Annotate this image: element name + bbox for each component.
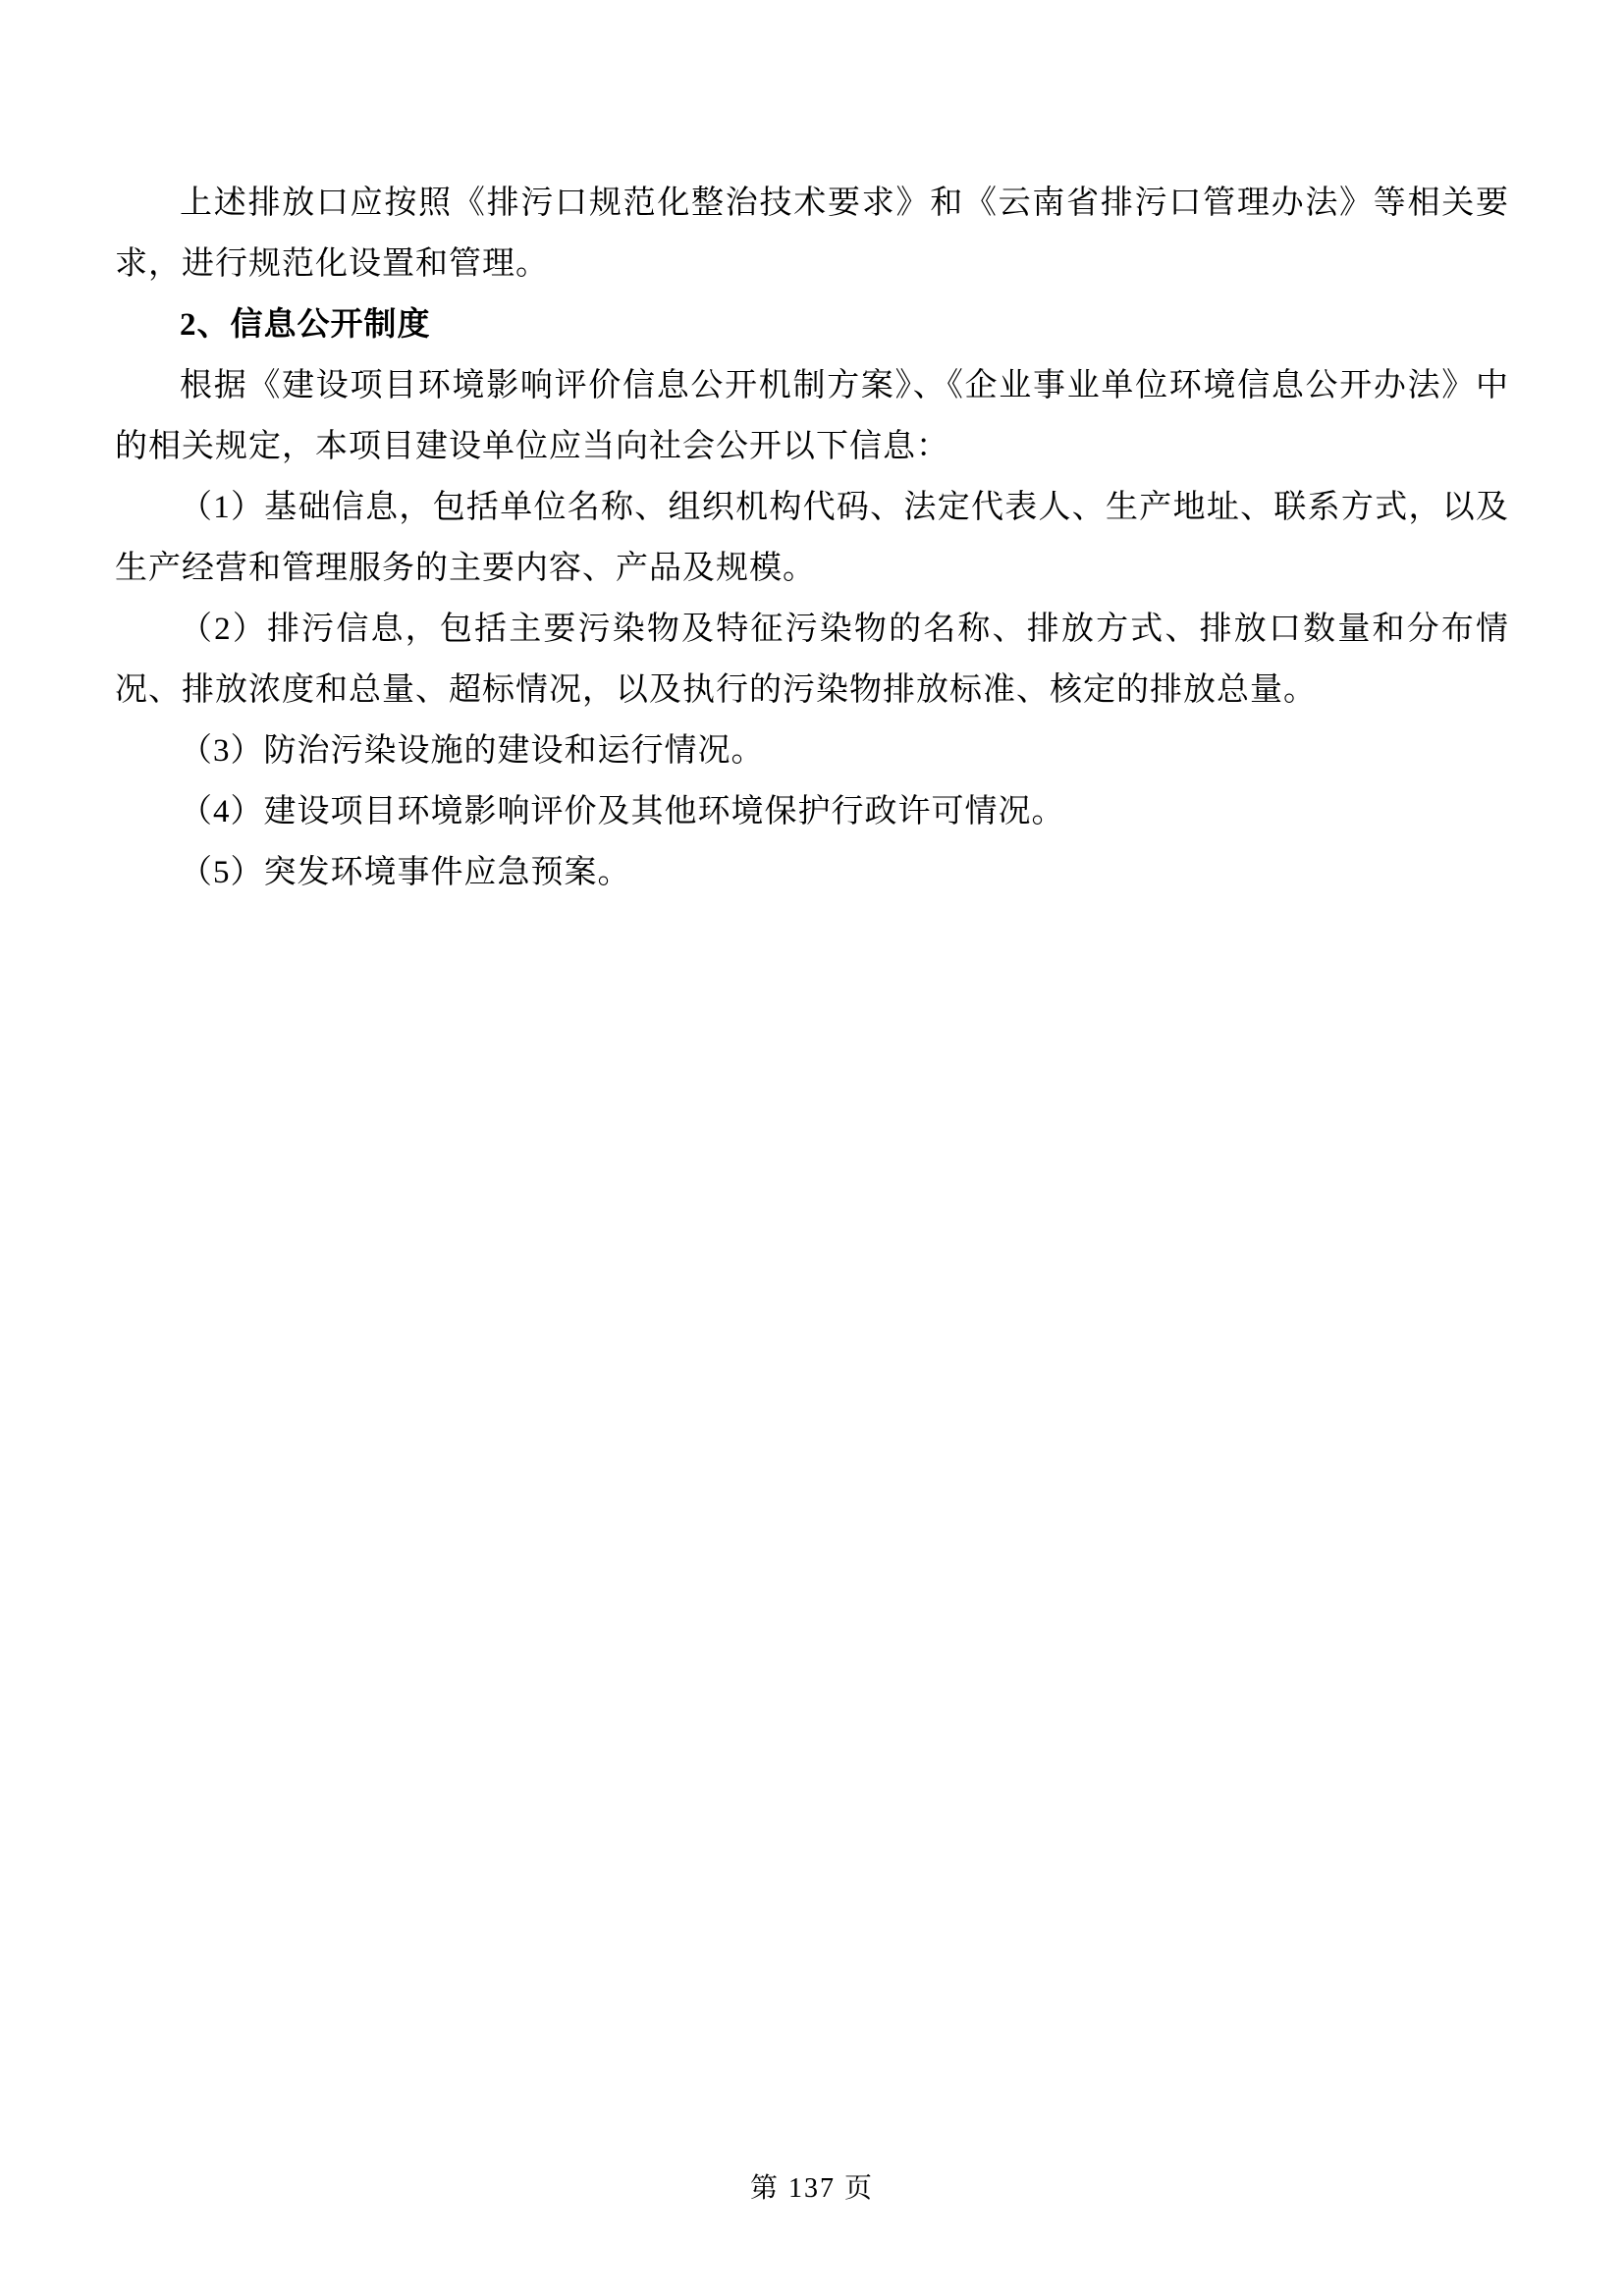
list-item-discharge-info: （2）排污信息，包括主要污染物及特征污染物的名称、排放方式、排放口数量和分布情况… (115, 599, 1509, 721)
list-item-eia-permits: （4）建设项目环境影响评价及其他环境保护行政许可情况。 (115, 781, 1509, 842)
list-item-pollution-facilities: （3）防治污染设施的建设和运行情况。 (115, 721, 1509, 781)
document-page: 上述排放口应按照《排污口规范化整治技术要求》和《云南省排污口管理办法》等相关要求… (0, 0, 1624, 2296)
page-number: 第 137 页 (0, 2172, 1624, 2206)
paragraph-disclosure-basis: 根据《建设项目环境影响评价信息公开机制方案》、《企业事业单位环境信息公开办法》中… (115, 355, 1509, 477)
list-item-basic-info: （1）基础信息，包括单位名称、组织机构代码、法定代表人、生产地址、联系方式，以及… (115, 477, 1509, 599)
page-body: 上述排放口应按照《排污口规范化整治技术要求》和《云南省排污口管理办法》等相关要求… (115, 173, 1509, 903)
heading-information-disclosure: 2、信息公开制度 (115, 294, 1509, 355)
paragraph-outfall-management: 上述排放口应按照《排污口规范化整治技术要求》和《云南省排污口管理办法》等相关要求… (115, 173, 1509, 294)
list-item-emergency-plan: （5）突发环境事件应急预案。 (115, 842, 1509, 903)
